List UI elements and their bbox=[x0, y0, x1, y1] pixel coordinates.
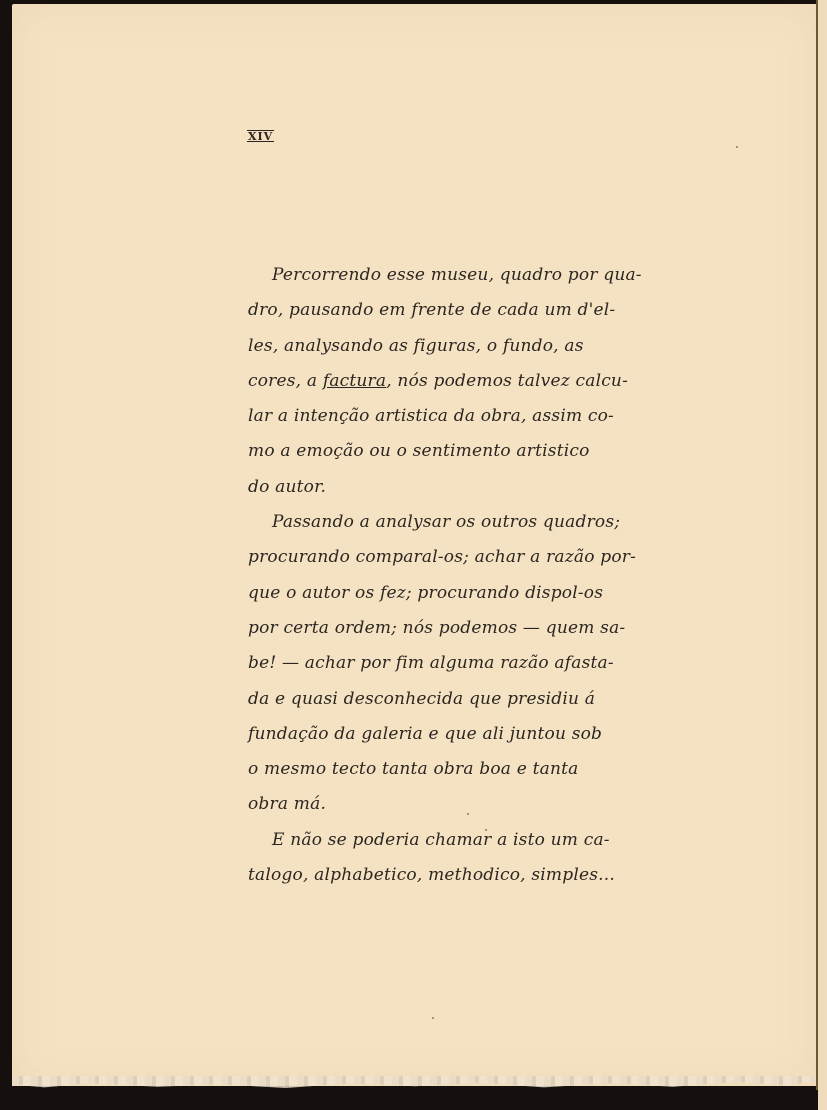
text-line: procurando comparal-os; achar a razão po… bbox=[248, 540, 718, 575]
text-line: lar a intenção artistica da obra, assim … bbox=[248, 399, 718, 434]
text-line: mo a emoção ou o sentimento artistico bbox=[248, 434, 718, 469]
text-line: dro, pausando em frente de cada um d'el- bbox=[248, 293, 718, 328]
text-line: les, analysando as figuras, o fundo, as bbox=[248, 329, 718, 364]
text-line: por certa ordem; nós podemos — quem sa- bbox=[248, 611, 718, 646]
text-line: que o autor os fez; procurando dispol-os bbox=[248, 576, 718, 611]
text-line: Passando a analysar os outros quadros; bbox=[248, 505, 718, 540]
text-line-with-underline: cores, a factura, nós podemos talvez cal… bbox=[248, 364, 718, 399]
underlined-word: factura bbox=[323, 371, 386, 391]
text-line: do autor. bbox=[248, 470, 718, 505]
scanned-manuscript-page: XIV Percorrendo esse museu, quadro por q… bbox=[0, 0, 827, 1110]
paper-speck bbox=[736, 146, 738, 148]
text-line: Percorrendo esse museu, quadro por qua- bbox=[248, 258, 718, 293]
text-line: talogo, alphabetico, methodico, simples.… bbox=[248, 858, 718, 893]
adjacent-page-edge bbox=[818, 0, 827, 1110]
text-line: o mesmo tecto tanta obra boa e tanta bbox=[248, 752, 718, 787]
text-fragment: cores, a bbox=[248, 371, 323, 391]
folio-number: XIV bbox=[247, 130, 274, 142]
torn-bottom-edge bbox=[12, 1076, 818, 1088]
text-line: be! — achar por fim alguma razão afasta- bbox=[248, 646, 718, 681]
text-line: obra má. bbox=[248, 787, 718, 822]
paper-speck bbox=[432, 1017, 434, 1019]
text-line: E não se poderia chamar a isto um ca- bbox=[248, 823, 718, 858]
text-line: da e quasi desconhecida que presidiu á bbox=[248, 682, 718, 717]
text-line: fundação da galeria e que ali juntou sob bbox=[248, 717, 718, 752]
text-fragment: , nós podemos talvez calcu- bbox=[386, 371, 628, 391]
handwritten-text-block: Percorrendo esse museu, quadro por qua- … bbox=[248, 258, 718, 893]
